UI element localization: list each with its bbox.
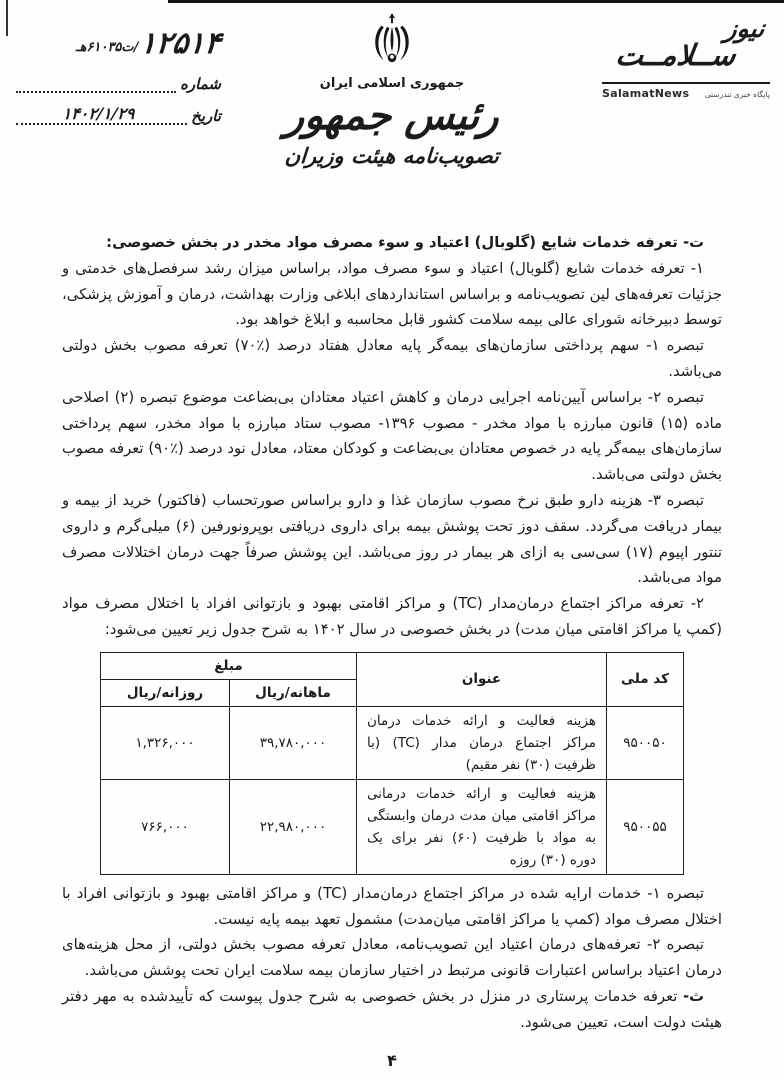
paragraph-section-se: ث- تعرفه خدمات پرستاری در منزل در بخش خص… xyxy=(62,984,722,1036)
page-number: ۴ xyxy=(0,1051,784,1070)
cell-daily: ۱,۳۲۶,۰۰۰ xyxy=(101,706,230,779)
number-label: شماره xyxy=(180,75,221,93)
table-row: ۹۵۰۰۵۰ هزینه فعالیت و ارائه خدمات درمان … xyxy=(101,706,684,779)
paragraph-closing-note-2: تبصره ۲- تعرفه‌های درمان اعتیاد این تصوی… xyxy=(62,932,722,984)
date-value: ۱۴۰۲/۱/۲۹ xyxy=(15,104,182,123)
cell-title: هزینه فعالیت و ارائه خدمات درمان مراکز ا… xyxy=(357,706,607,779)
cell-monthly: ۳۹,۷۸۰,۰۰۰ xyxy=(230,706,357,779)
ref-suffix: /ت۶۱۰۳۵هـ xyxy=(76,40,139,55)
letterhead: جمهوری اسلامی ایران رئیس جمهور تصویب‌نام… xyxy=(232,12,552,168)
table-header-daily: روزانه/ریال xyxy=(101,679,230,706)
country-name: جمهوری اسلامی ایران xyxy=(232,76,552,91)
scan-artifact-top-line xyxy=(168,0,784,3)
scan-artifact-left-line xyxy=(6,0,8,36)
paragraph-item-1: ۱- تعرفه خدمات شایع (گلوبال) اعتیاد و سو… xyxy=(62,256,722,333)
ref-number: ۱۲۵۱۴ xyxy=(139,26,223,61)
number-dotted-line xyxy=(16,77,176,93)
table-row: ۹۵۰۰۵۵ هزینه فعالیت و ارائه خدمات درمانی… xyxy=(101,779,684,874)
date-label: تاریخ xyxy=(191,107,221,125)
salamat-news-wordmark: نیوز ســلامــت xyxy=(602,14,770,80)
table-header-code: کد ملی xyxy=(607,652,684,706)
cell-title: هزینه فعالیت و ارائه خدمات درمانی مراکز … xyxy=(357,779,607,874)
logo-tagline: پایگاه خبری تندرستی xyxy=(705,90,770,99)
paragraph-closing-note-1: تبصره ۱- خدمات ارایه شده در مراکز اجتماع… xyxy=(62,881,722,933)
reference-block: ۱۲۵۱۴ /ت۶۱۰۳۵هـ شماره تاریخ ۱۴۰۲/۱/۲۹ xyxy=(16,26,221,125)
cell-monthly: ۲۲,۹۸۰,۰۰۰ xyxy=(230,779,357,874)
cell-daily: ۷۶۶,۰۰۰ xyxy=(101,779,230,874)
logo-divider xyxy=(602,82,770,84)
logo-english-name: SalamatNews xyxy=(602,87,689,100)
paragraph-note-2: تبصره ۲- براساس آیین‌نامه اجرایی درمان و… xyxy=(62,385,722,488)
document-body: ت- تعرفه خدمات شایع (گلوبال) اعتیاد و سو… xyxy=(62,230,722,1036)
paragraph-section-te: ت- تعرفه خدمات شایع (گلوبال) اعتیاد و سو… xyxy=(62,230,722,256)
president-title: رئیس جمهور xyxy=(230,91,553,141)
table-header-title: عنوان xyxy=(357,652,607,706)
cell-code: ۹۵۰۰۵۰ xyxy=(607,706,684,779)
logo-word-salamat: ســلامــت xyxy=(614,38,738,72)
table-header-monthly: ماهانه/ریال xyxy=(230,679,357,706)
tariff-table: کد ملی عنوان مبلغ ماهانه/ریال روزانه/ریا… xyxy=(100,652,684,875)
document-page: ۱۲۵۱۴ /ت۶۱۰۳۵هـ شماره تاریخ ۱۴۰۲/۱/۲۹ xyxy=(0,0,784,1080)
paragraph-note-3: تبصره ۳- هزینه دارو طبق نرخ مصوب سازمان … xyxy=(62,488,722,591)
paragraph-item-2: ۲- تعرفه مراکز اجتماع درمان‌مدار (TC) و … xyxy=(62,591,722,643)
table-header-amount: مبلغ xyxy=(101,652,357,679)
cell-code: ۹۵۰۰۵۵ xyxy=(607,779,684,874)
salamat-news-logo: نیوز ســلامــت SalamatNews پایگاه خبری ت… xyxy=(602,14,770,106)
paragraph-note-1: تبصره ۱- سهم پرداختی سازمان‌های بیمه‌گر … xyxy=(62,333,722,385)
decree-subtitle: تصویب‌نامه هیئت وزیران xyxy=(231,143,553,168)
iran-national-emblem-icon xyxy=(368,12,416,70)
